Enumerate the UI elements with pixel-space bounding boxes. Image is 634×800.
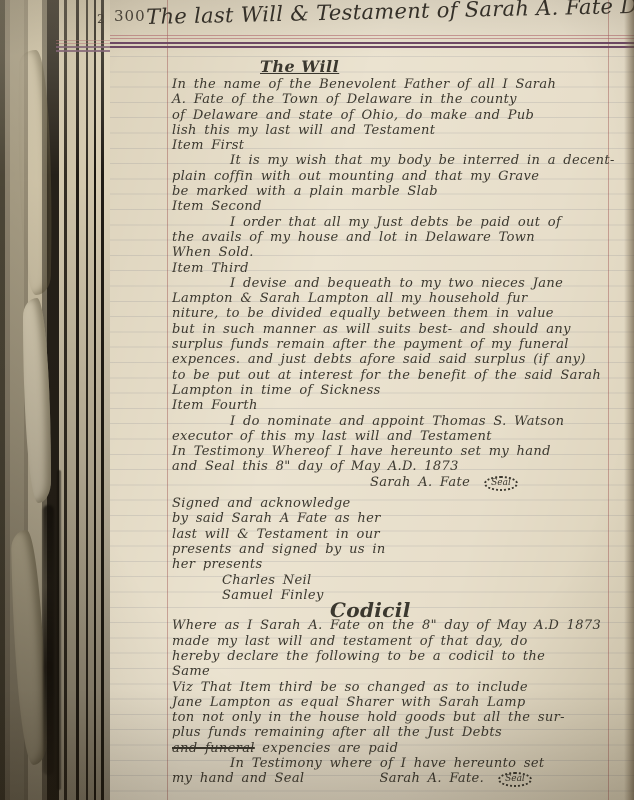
text-line: and Seal this 8" day of May A.D. 1873	[172, 459, 630, 474]
ledger-number: 2	[97, 12, 105, 26]
text-line: I do nominate and appoint Thomas S. Wats…	[172, 414, 630, 429]
seal-stamp: Seal	[484, 476, 518, 491]
page-edge-shadow	[43, 505, 54, 775]
page-edge-shadow	[57, 470, 61, 790]
header-rule-binding	[56, 40, 112, 53]
text-line: When Sold.	[172, 245, 630, 260]
text-line: A. Fate of the Town of Delaware in the c…	[172, 92, 630, 107]
text-line: Same	[172, 664, 630, 679]
text-line: Charles Neil	[172, 573, 630, 588]
text-line: It is my wish that my body be interred i…	[172, 153, 630, 168]
torn-page-edge	[14, 50, 55, 296]
text-line: plus funds remaining after all the Just …	[172, 725, 630, 740]
text-line: my hand and SealSarah A. Fate.Seal	[172, 771, 630, 786]
text-line: Lampton & Sarah Lampton all my household…	[172, 291, 630, 306]
text-line: ton not only in the house hold goods but…	[172, 710, 630, 725]
text-line: to be put out at interest for the benefi…	[172, 368, 630, 383]
page-number: 300	[114, 7, 146, 25]
text-line: surplus funds remain after the payment o…	[172, 337, 630, 352]
text-line: Signed and acknowledge	[172, 496, 630, 511]
text-line: Item Fourth	[172, 398, 630, 413]
page-right-edge	[624, 0, 634, 800]
text-line: hereby declare the following to be a cod…	[172, 649, 630, 664]
text-line: Sarah A. FateSeal	[172, 475, 630, 490]
header-rule	[110, 35, 634, 49]
text-line: Viz That Item third be so changed as to …	[172, 680, 630, 695]
will-text: In the name of the Benevolent Father of …	[172, 77, 630, 787]
text-line: and funeral expencies are paid	[172, 741, 630, 756]
will-heading: The Will	[260, 57, 339, 76]
text-line: Item Third	[172, 261, 630, 276]
torn-page-edge	[11, 530, 47, 766]
text-line: but in such manner as will suits best- a…	[172, 322, 630, 337]
text-line: niture, to be divided equally between th…	[172, 306, 630, 321]
text-line: executor of this my last will and Testam…	[172, 429, 630, 444]
text-line: her presents	[172, 557, 630, 572]
text-line: In Testimony Whereof I have hereunto set…	[172, 444, 630, 459]
text-line: be marked with a plain marble Slab	[172, 184, 630, 199]
text-line: Where as I Sarah A. Fate on the 8" day o…	[172, 618, 630, 633]
book-binding	[0, 0, 112, 800]
text-line: In the name of the Benevolent Father of …	[172, 77, 630, 92]
text-line: expences. and just debts afore said said…	[172, 352, 630, 367]
text-line: by said Sarah A Fate as her	[172, 511, 630, 526]
text-line: I order that all my Just debts be paid o…	[172, 215, 630, 230]
text-line: the avails of my house and lot in Delawa…	[172, 230, 630, 245]
struck-text: and funeral	[172, 741, 255, 756]
text-line: In Testimony where of I have hereunto se…	[172, 756, 630, 771]
seal-stamp: Seal	[498, 772, 532, 787]
text-line: Item First	[172, 138, 630, 153]
ledger-page: The last Will & Testament of Sarah A. Fa…	[110, 0, 634, 800]
text-line: Jane Lampton as equal Sharer with Sarah …	[172, 695, 630, 710]
torn-page-edge	[23, 298, 51, 503]
signature-text: Sarah A. Fate.	[379, 771, 484, 786]
text-line: presents and signed by us in	[172, 542, 630, 557]
text-line: Codicil	[172, 603, 630, 618]
text-line: lish this my last will and Testament	[172, 123, 630, 138]
text-line: made my last will and testament of that …	[172, 634, 630, 649]
text-line: Lampton in time of Sickness	[172, 383, 630, 398]
text-line: of Delaware and state of Ohio, do make a…	[172, 108, 630, 123]
ledger-photo: The last Will & Testament of Sarah A. Fa…	[0, 0, 634, 800]
text-line: I devise and bequeath to my two nieces J…	[172, 276, 630, 291]
text-line: last will & Testament in our	[172, 527, 630, 542]
left-margin-line	[167, 0, 168, 800]
text-line: plain coffin with out mounting and that …	[172, 169, 630, 184]
text-line: Item Second	[172, 199, 630, 214]
page-title: The last Will & Testament of Sarah A. Fa…	[146, 0, 634, 29]
